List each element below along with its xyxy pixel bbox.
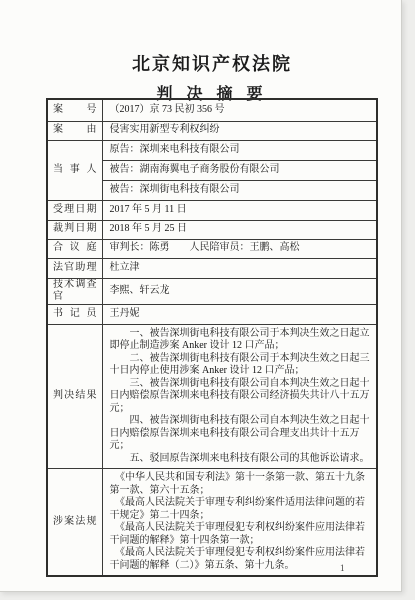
cause-label: 案由	[47, 121, 102, 140]
judgment-date-label: 裁判日期	[47, 220, 102, 239]
case-number-label: 案号	[47, 99, 102, 121]
result-item-4: 四、被告深圳街电科技有限公司自本判决生效之日起十日内赔偿原告深圳来电科技有限公司…	[110, 415, 371, 453]
assistant-value: 杜立津	[102, 258, 377, 278]
law-item-1: 《中华人民共和国专利法》第十一条第一款、第五十九条第一款、第六十五条；	[110, 472, 371, 497]
result-item-1: 一、被告深圳街电科技有限公司于本判决生效之日起立即停止制造涉案 Anker 设计…	[110, 328, 371, 353]
court-name-title: 北京知识产权法院	[46, 50, 378, 76]
clerk-value: 王丹妮	[102, 304, 377, 324]
table-row-assistant: 法官助理 杜立津	[47, 258, 377, 278]
parties-label: 当事人	[47, 140, 102, 200]
party-defendant2-value: 被告：深圳街电科技有限公司	[102, 180, 377, 200]
result-value: 一、被告深圳街电科技有限公司于本判决生效之日起立即停止制造涉案 Anker 设计…	[102, 324, 377, 469]
table-row-tech-officer: 技术调查官 李熙、轩云龙	[47, 278, 377, 304]
panel-value: 审判长：陈勇 人民陪审员：王鹏、高松	[102, 239, 377, 258]
table-row-laws: 涉案法规 《中华人民共和国专利法》第十一条第一款、第五十九条第一款、第六十五条；…	[47, 469, 377, 577]
tech-officer-value: 李熙、轩云龙	[102, 278, 377, 304]
document-header: 北京知识产权法院 判 决 摘 要	[46, 50, 378, 104]
page-number: 1	[340, 563, 345, 573]
table-row-panel: 合议庭 审判长：陈勇 人民陪审员：王鹏、高松	[47, 239, 377, 258]
table-row-accept-date: 受理日期 2017 年 5 月 11 日	[47, 200, 377, 220]
case-number-value: （2017）京 73 民初 356 号	[102, 99, 377, 121]
cause-value: 侵害实用新型专利权纠纷	[102, 121, 377, 140]
accept-date-label: 受理日期	[47, 200, 102, 220]
judgment-summary-table: 案号 （2017）京 73 民初 356 号 案由 侵害实用新型专利权纠纷 当事…	[46, 98, 378, 577]
judgment-date-value: 2018 年 5 月 25 日	[102, 220, 377, 239]
table-row-result: 判决结果 一、被告深圳街电科技有限公司于本判决生效之日起立即停止制造涉案 Ank…	[47, 324, 377, 469]
tech-officer-label: 技术调查官	[47, 278, 102, 304]
party-defendant1-value: 被告：湖南海翼电子商务股份有限公司	[102, 160, 377, 180]
table-row-cause: 案由 侵害实用新型专利权纠纷	[47, 121, 377, 140]
clerk-label: 书记员	[47, 304, 102, 324]
result-item-5: 五、驳回原告深圳来电科技有限公司的其他诉讼请求。	[110, 453, 371, 466]
panel-label: 合议庭	[47, 239, 102, 258]
party-plaintiff-value: 原告：深圳来电科技有限公司	[102, 140, 377, 160]
table-row-party-plaintiff: 当事人 原告：深圳来电科技有限公司	[47, 140, 377, 160]
assistant-label: 法官助理	[47, 258, 102, 278]
table-row-clerk: 书记员 王丹妮	[47, 304, 377, 324]
document-sheet: 北京知识产权法院 判 决 摘 要 案号 （2017）京 73 民初 356 号 …	[0, 0, 402, 592]
laws-label: 涉案法规	[47, 469, 102, 577]
law-item-3: 《最高人民法院关于审理侵犯专利权纠纷案件应用法律若干问题的解释》第十四条第一款；	[110, 522, 371, 547]
result-item-2: 二、被告深圳街电科技有限公司于本判决生效之日起三十日内停止使用涉案 Anker …	[110, 353, 371, 378]
result-item-3: 三、被告深圳街电科技有限公司自本判决生效之日起十日内赔偿原告深圳来电科技有限公司…	[110, 378, 371, 416]
scanned-judgment-summary-page: { "page": { "court": "北京知识产权法院", "doc_ty…	[0, 0, 415, 600]
table-row-case-number: 案号 （2017）京 73 民初 356 号	[47, 99, 377, 121]
law-item-2: 《最高人民法院关于审理专利纠纷案件适用法律问题的若干规定》第二十四条；	[110, 497, 371, 522]
accept-date-value: 2017 年 5 月 11 日	[102, 200, 377, 220]
law-item-4: 《最高人民法院关于审理侵犯专利权纠纷案件应用法律若干问题的解释（二）》第五条、第…	[110, 547, 371, 572]
table-row-judgment-date: 裁判日期 2018 年 5 月 25 日	[47, 220, 377, 239]
result-label: 判决结果	[47, 324, 102, 469]
laws-value: 《中华人民共和国专利法》第十一条第一款、第五十九条第一款、第六十五条； 《最高人…	[102, 469, 377, 577]
